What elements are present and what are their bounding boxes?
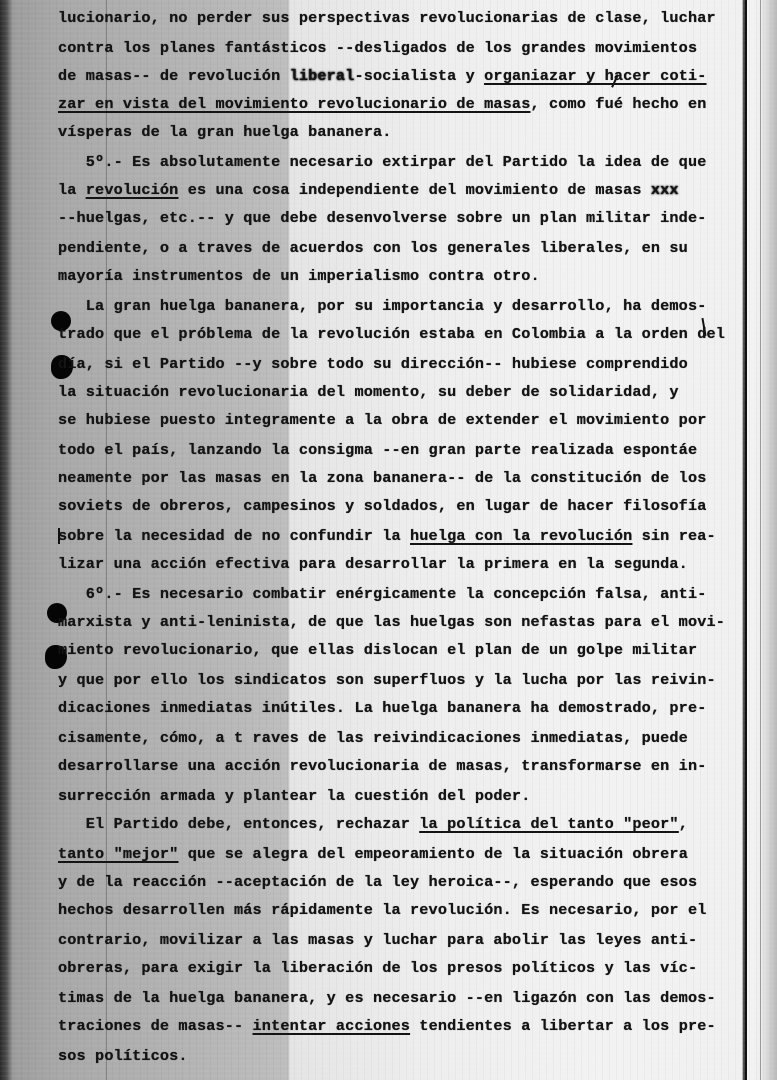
text-line: la revolución es una cosa independiente … <box>58 180 679 202</box>
text-line: día, si el Partido --y sobre todo su dir… <box>58 354 688 376</box>
text-segment: de masas-- de revolución <box>58 67 290 85</box>
text-line: vísperas de la gran huelga bananera. <box>58 122 392 144</box>
text-segment: -socialista y <box>354 67 484 85</box>
text-segment: desarrollarse una acción revolucionaria … <box>58 757 706 775</box>
text-segment: día, si el Partido --y sobre todo su dir… <box>58 355 688 373</box>
text-line: neamente por las masas en la zona banane… <box>58 468 706 490</box>
text-line: sobre la necesidad de no confundir la hu… <box>58 526 716 548</box>
text-line: y que por ello los sindicatos son superf… <box>58 670 716 692</box>
text-segment: , <box>679 815 688 833</box>
text-line: cisamente, cómo, a t raves de las reivin… <box>58 728 688 750</box>
text-segment: hechos desarrollen más rápidamente la re… <box>58 901 706 919</box>
page-edge-line <box>745 0 747 1080</box>
text-segment: , como fué hecho en <box>530 95 706 113</box>
text-line: dicaciones inmediatas inútiles. La huelg… <box>58 698 706 720</box>
text-segment: se hubiese puesto integramente a la obra… <box>58 411 706 429</box>
text-segment: contra los planes fantásticos --desligad… <box>58 39 697 57</box>
text-segment: sobre la necesidad de no confundir la <box>58 527 410 545</box>
text-line: lucionario, no perder sus perspectivas r… <box>58 8 716 30</box>
text-line: lizar una acción efectiva para desarroll… <box>58 554 688 576</box>
text-line: contra los planes fantásticos --desligad… <box>58 38 697 60</box>
underlined-phrase: tanto "mejor" <box>58 845 178 863</box>
text-line: obreras, para exigir la liberación de lo… <box>58 958 697 980</box>
text-line: la situación revolucionaria del momento,… <box>58 382 679 404</box>
scan-streak <box>760 0 761 1080</box>
text-line: hechos desarrollen más rápidamente la re… <box>58 900 706 922</box>
text-line: 6º.- Es necesario combatir enérgicamente… <box>58 584 706 606</box>
text-line: trado que el próblema de la revolución e… <box>58 324 725 346</box>
text-segment: La gran huelga bananera, por su importan… <box>58 297 706 315</box>
text-line: de masas-- de revolución liberal-sociali… <box>58 66 707 88</box>
underlined-phrase: la política del tanto "peor" <box>419 815 678 833</box>
text-segment: timas de la huelga bananera, y es necesa… <box>58 989 716 1007</box>
text-segment: y que por ello los sindicatos son superf… <box>58 671 716 689</box>
text-segment: lucionario, no perder sus perspectivas r… <box>58 9 716 27</box>
underlined-phrase: zar en vista del movimiento revolucionar… <box>58 95 530 113</box>
text-line: El Partido debe, entonces, rechazar la p… <box>58 814 688 836</box>
text-segment: que se alegra del empeoramiento de la si… <box>178 845 688 863</box>
text-segment: la <box>58 181 86 199</box>
text-segment: vísperas de la gran huelga bananera. <box>58 123 392 141</box>
underlined-phrase: huelga con la revolución <box>410 527 632 545</box>
text-segment: neamente por las masas en la zona banane… <box>58 469 706 487</box>
text-line: mayoría instrumentos de un imperialismo … <box>58 266 540 288</box>
text-segment: obreras, para exigir la liberación de lo… <box>58 959 697 977</box>
struck-text: xxx <box>651 181 679 199</box>
text-segment: --huelgas, etc.-- y que debe desenvolver… <box>58 209 706 227</box>
underlined-phrase: intentar acciones <box>253 1017 411 1035</box>
text-line: contrario, movilizar a las masas y lucha… <box>58 930 697 952</box>
text-line: marxista y anti-leninista, de que las hu… <box>58 612 725 634</box>
text-line: todo el país, lanzando la consigma --en … <box>58 440 697 462</box>
text-segment: miento revolucionario, que ellas disloca… <box>58 641 697 659</box>
text-segment: pendiente, o a traves de acuerdos con lo… <box>58 239 688 257</box>
text-segment: contrario, movilizar a las masas y lucha… <box>58 931 697 949</box>
text-line: La gran huelga bananera, por su importan… <box>58 296 706 318</box>
text-segment: es una cosa independiente del movimiento… <box>178 181 650 199</box>
text-segment: cisamente, cómo, a t raves de las reivin… <box>58 729 688 747</box>
underlined-phrase: organiazar y hacer coti- <box>484 67 706 85</box>
text-segment: trado que el próblema de la revolución e… <box>58 325 725 343</box>
text-line: tanto "mejor" que se alegra del empeoram… <box>58 844 688 866</box>
text-segment: mayoría instrumentos de un imperialismo … <box>58 267 540 285</box>
text-line: surrección armada y plantear la cuestión… <box>58 786 530 808</box>
text-line: pendiente, o a traves de acuerdos con lo… <box>58 238 688 260</box>
text-segment: sos políticos. <box>58 1047 188 1065</box>
text-segment: surrección armada y plantear la cuestión… <box>58 787 530 805</box>
text-line: se hubiese puesto integramente a la obra… <box>58 410 706 432</box>
text-line: timas de la huelga bananera, y es necesa… <box>58 988 716 1010</box>
text-segment: dicaciones inmediatas inútiles. La huelg… <box>58 699 706 717</box>
text-segment: 5º.- Es absolutamente necesario extirpar… <box>58 153 706 171</box>
text-line: --huelgas, etc.-- y que debe desenvolver… <box>58 208 706 230</box>
text-line: zar en vista del movimiento revolucionar… <box>58 94 706 116</box>
text-segment: lizar una acción efectiva para desarroll… <box>58 555 688 573</box>
text-segment: 6º.- Es necesario combatir enérgicamente… <box>58 585 706 603</box>
text-segment: tendientes a libertar a los pre- <box>410 1017 716 1035</box>
text-line: 5º.- Es absolutamente necesario extirpar… <box>58 152 706 174</box>
text-segment: traciones de masas-- <box>58 1017 253 1035</box>
text-line: y de la reacción --aceptación de la ley … <box>58 872 697 894</box>
text-segment: y de la reacción --aceptación de la ley … <box>58 873 697 891</box>
text-segment: la situación revolucionaria del momento,… <box>58 383 679 401</box>
text-line: sos políticos. <box>58 1046 188 1068</box>
text-segment: marxista y anti-leninista, de que las hu… <box>58 613 725 631</box>
text-segment: El Partido debe, entonces, rechazar <box>58 815 419 833</box>
text-segment: todo el país, lanzando la consigma --en … <box>58 441 697 459</box>
text-segment: sin rea- <box>632 527 715 545</box>
underlined-phrase: revolución <box>86 181 179 199</box>
text-segment: soviets de obreros, campesinos y soldado… <box>58 497 706 515</box>
text-line: miento revolucionario, que ellas disloca… <box>58 640 697 662</box>
text-line: soviets de obreros, campesinos y soldado… <box>58 496 706 518</box>
text-line: desarrollarse una acción revolucionaria … <box>58 756 706 778</box>
text-line: traciones de masas-- intentar acciones t… <box>58 1016 716 1038</box>
struck-text: liberal <box>290 67 355 85</box>
